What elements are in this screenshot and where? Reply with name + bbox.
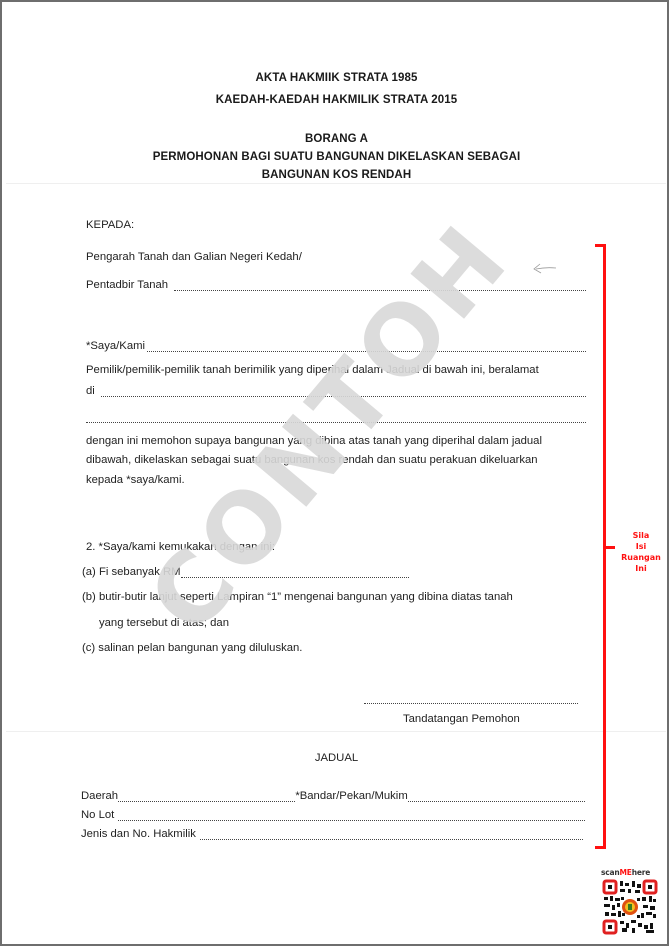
fill-note-line1: Sila [611, 530, 669, 541]
fee-field[interactable]: (a) Fi sebanyak RM [82, 566, 409, 578]
request-line1: dengan ini memohon supaya bangunan yang … [86, 435, 542, 447]
pentadbir-blank[interactable] [174, 289, 586, 291]
fee-blank[interactable] [181, 576, 409, 578]
applicant-name-label: *Saya/Kami [86, 340, 145, 352]
hakmilik-label: Jenis dan No. Hakmilik [81, 828, 196, 840]
signature-blank[interactable] [364, 703, 578, 704]
fill-note-line3: Ruangan [611, 552, 669, 563]
address-field-2[interactable] [86, 410, 586, 423]
pentadbir-label: Pentadbir Tanah [86, 279, 168, 291]
fill-note-line2: Isi [611, 541, 669, 552]
form-name: BORANG A [2, 133, 669, 145]
qr-label-pre: scan [601, 868, 620, 877]
item-c: (c) salinan pelan bangunan yang dilulusk… [82, 642, 302, 654]
header-separator [6, 183, 666, 184]
pentadbir-field[interactable]: Pentadbir Tanah [86, 279, 586, 291]
form-title-line2: BANGUNAN KOS RENDAH [2, 169, 669, 181]
applicant-name-blank[interactable] [147, 350, 586, 352]
form-page: AKTA HAKMIIK STRATA 1985 KAEDAH-KAEDAH H… [0, 0, 669, 946]
signature-label: Tandatangan Pemohon [403, 713, 520, 725]
address-blank-2[interactable] [86, 421, 586, 423]
schedule-row-hakmilik[interactable]: Jenis dan No. Hakmilik [81, 828, 583, 840]
bandar-blank[interactable] [408, 800, 585, 802]
act-title: AKTA HAKMIIK STRATA 1985 [2, 72, 669, 84]
qr-label: scanMEhere [601, 868, 650, 877]
daerah-label: Daerah [81, 790, 118, 802]
schedule-row-lot[interactable]: No Lot [81, 809, 585, 821]
owner-text: Pemilik/pemilik-pemilik tanah berimilik … [86, 364, 539, 376]
fill-note-line4: Ini [611, 563, 669, 574]
addressee-label: KEPADA: [86, 219, 134, 231]
fill-bracket-top [595, 244, 606, 247]
item-b-line1: (b) butir-butir lanjut seperti Lampiran … [82, 591, 513, 603]
request-line3: kepada *saya/kami. [86, 474, 185, 486]
form-title-line1: PERMOHONAN BAGI SUATU BANGUNAN DIKELASKA… [2, 151, 669, 163]
hakmilik-blank[interactable] [200, 838, 583, 840]
applicant-name-field[interactable]: *Saya/Kami [86, 340, 586, 352]
address-field-1[interactable]: di [86, 385, 586, 397]
schedule-separator [6, 731, 666, 732]
fee-label: (a) Fi sebanyak RM [82, 566, 181, 578]
lot-label: No Lot [81, 809, 114, 821]
sample-watermark: CONTOH [127, 202, 532, 654]
item-b-line2: yang tersebut di atas; dan [99, 617, 229, 629]
schedule-title: JADUAL [2, 752, 669, 764]
qr-label-me: ME [620, 868, 632, 877]
addressee-line1: Pengarah Tanah dan Galian Negeri Kedah/ [86, 251, 302, 263]
schedule-row-daerah[interactable]: Daerah *Bandar/Pekan/Mukim [81, 790, 585, 802]
fill-note: Sila Isi Ruangan Ini [611, 530, 669, 574]
request-line2: dibawah, dikelaskan sebagai suatu bangun… [86, 454, 538, 466]
rules-title: KAEDAH-KAEDAH HAKMILIK STRATA 2015 [2, 94, 669, 106]
section2-heading: 2. *Saya/kami kemukakan dengan ini: [86, 541, 275, 553]
lot-blank[interactable] [118, 819, 585, 821]
fill-bracket-bottom [595, 846, 606, 849]
qr-label-post: here [632, 868, 650, 877]
qr-code-icon[interactable] [602, 879, 658, 935]
daerah-blank[interactable] [118, 800, 295, 802]
bandar-label: *Bandar/Pekan/Mukim [295, 790, 407, 802]
address-label: di [86, 385, 95, 397]
handwritten-arrow-icon [530, 261, 558, 275]
address-blank-1[interactable] [101, 395, 586, 397]
